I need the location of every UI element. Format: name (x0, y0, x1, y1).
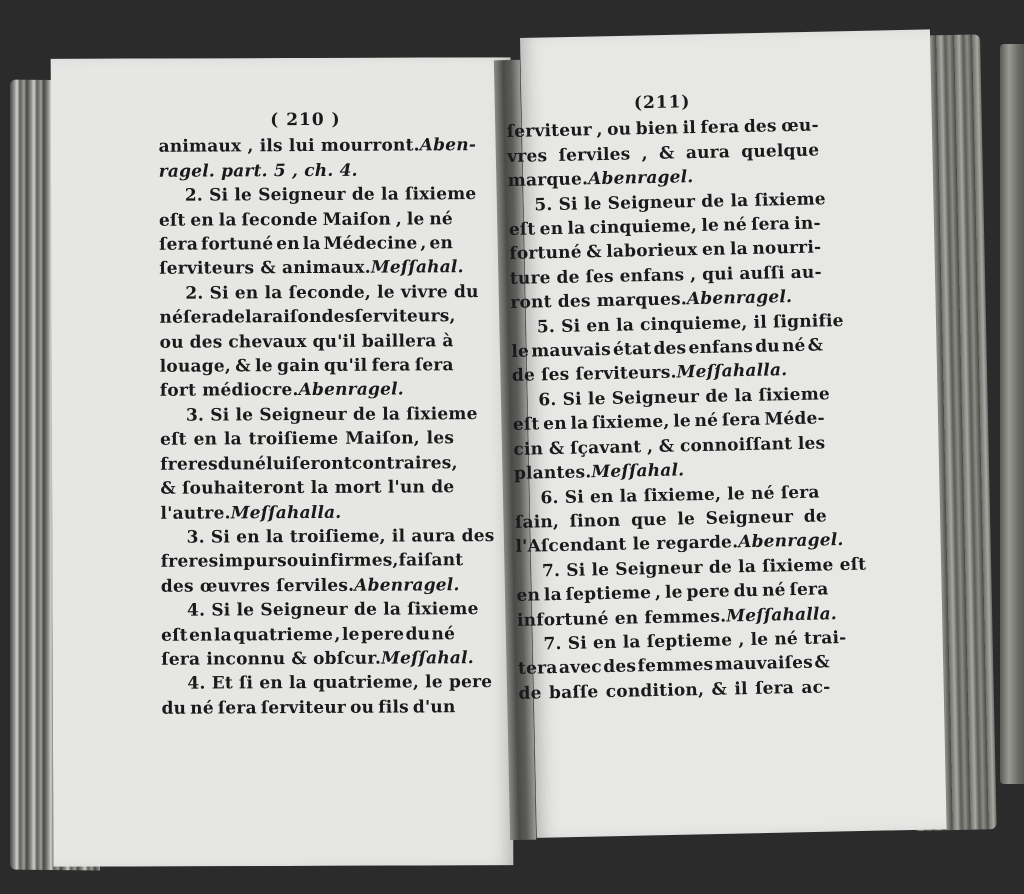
word: en (543, 412, 567, 437)
word: en (539, 217, 563, 242)
citation-author: Meſſahal. (381, 646, 474, 671)
word: d'un (413, 695, 456, 720)
line-text: de ſes ſerviteurs. (512, 361, 677, 389)
citation-author: Abenragel. (354, 573, 459, 598)
word: auſſi (739, 261, 785, 286)
word: tera (518, 656, 558, 681)
word: enfans (619, 263, 684, 289)
word: le (342, 622, 360, 646)
citation-author: Abenragel. (299, 378, 404, 403)
line-text: 4. Si le Seigneur de la ſixieme (187, 597, 479, 623)
word: en (429, 231, 453, 256)
text-line: eſtenlatroiſiemeMaiſon,les (160, 427, 454, 453)
text-line: ragel. part. 5 , ch. 4. (159, 158, 453, 184)
word: & (807, 333, 823, 358)
text-line: 3. Si le Seigneur de la ſixieme (160, 402, 454, 428)
word: en (193, 428, 217, 453)
word: né (429, 207, 453, 232)
word: contraires (352, 451, 452, 476)
word: né (190, 696, 214, 721)
word: né (762, 578, 786, 603)
word: fortuné (201, 232, 274, 257)
word: in- (794, 211, 821, 236)
word: pere (686, 580, 730, 605)
word: la (544, 583, 562, 608)
citation-author: Abenragel. (687, 285, 793, 312)
word: Méde- (764, 407, 825, 433)
line-text: plantes. (514, 460, 592, 486)
word: la (224, 428, 242, 452)
word: le (673, 409, 691, 434)
word: lui (266, 452, 292, 477)
word: faiſant (399, 548, 464, 573)
word: fortuné (509, 241, 582, 267)
word: & (711, 677, 727, 702)
text-line: néſeradelaraiſondesſerviteurs, (159, 304, 453, 330)
word: le (665, 581, 683, 606)
word: ſerviteur (261, 696, 346, 721)
word: les (798, 431, 826, 456)
word: le (677, 507, 695, 532)
text-line: &ſouhaiterontlamortl'unde (160, 475, 454, 501)
citation-author: ragel. part. 5 , ch. 4. (159, 159, 358, 184)
word: du (161, 696, 186, 721)
word: du (405, 622, 430, 647)
word: ſeront (292, 451, 352, 476)
word: en (702, 238, 726, 263)
word: la (303, 232, 321, 256)
line-text: marque. (508, 168, 589, 194)
word: ſinon (569, 509, 620, 534)
word: du (733, 579, 758, 604)
text-line: eſtenlaſecondeMaiſon,lené (159, 207, 453, 233)
citation-author: Meſſahal. (371, 256, 464, 281)
word: ou (160, 330, 184, 355)
word: & (235, 354, 251, 378)
word: né (694, 409, 718, 434)
text-line: louage,&legainqu'ilferaſera (160, 353, 454, 379)
word: état (613, 337, 652, 362)
line-text: animaux , ils lui mourront. (159, 134, 420, 160)
citation-author: Aben- (420, 134, 476, 159)
word: ſera (218, 696, 257, 721)
word: ſeptieme (565, 581, 651, 607)
word: ſera (159, 233, 198, 258)
word: qu'il (324, 354, 368, 379)
word: & (549, 437, 565, 462)
word: en (189, 623, 213, 648)
word: il (682, 116, 696, 141)
word: & (659, 434, 675, 459)
right-page-text: (211) ſerviteur,oubienilferadesœu-vresſe… (506, 87, 831, 706)
word: Maiſon (323, 207, 392, 232)
right-page-lines: ſerviteur,oubienilferadesœu-vresſerviles… (507, 114, 831, 706)
line-text: 2. Si le Seigneur de la ſixieme (185, 182, 477, 208)
text-line: l'autre. Meſſahalla. (160, 500, 454, 526)
word: , (334, 622, 340, 646)
word: ac- (801, 675, 831, 700)
word: condition, (606, 678, 705, 704)
word: ſeconde (241, 208, 317, 233)
word: de (804, 504, 828, 529)
word: il (734, 677, 748, 702)
word: en (276, 232, 300, 257)
word: Médecine (323, 231, 417, 256)
word: enfans (688, 335, 753, 361)
citation-author: Meſſahalla. (726, 602, 837, 629)
text-line: 2. Si le Seigneur de la ſixieme (159, 182, 453, 208)
word: ſera (751, 212, 790, 237)
word: eſt (513, 413, 540, 438)
word: nourri- (752, 236, 821, 262)
word: mauvaiſes (714, 651, 813, 677)
word: eſt (509, 217, 536, 242)
text-line: 3. Si en la troiſieme, il aura des (161, 524, 455, 550)
text-line: ſera inconnu & obſcur. Meſſahal. (161, 646, 455, 672)
word: ou (607, 118, 632, 143)
word: cin (513, 437, 543, 462)
word: connoiſſant (680, 432, 793, 459)
word: l'un (388, 475, 425, 500)
word: ſerviteur (507, 119, 593, 145)
word: & (160, 477, 176, 501)
text-line: freresdunéluiſerontcontraires, (160, 451, 454, 477)
word: gain (277, 354, 320, 379)
citation-author: Meſſahalla. (676, 359, 787, 386)
line-text: 3. Si le Seigneur de la ſixieme (186, 402, 478, 428)
word: fils (378, 695, 409, 720)
line-text: ſerviteurs & animaux. (159, 256, 371, 282)
word: que (631, 508, 667, 533)
text-line: oudeschevauxqu'ilbailleraà (160, 329, 454, 355)
word: fera (372, 354, 411, 379)
text-line: ſerviteurs & animaux. Meſſahal. (159, 256, 453, 282)
word: ſera (722, 408, 761, 433)
text-line: 2. Si en la ſeconde, le vivre du (159, 280, 453, 306)
word: la (214, 623, 232, 647)
word: quatrieme (233, 622, 333, 647)
word: né (431, 622, 455, 647)
citation-author: Meſſahal. (591, 458, 684, 484)
word: , (690, 263, 697, 288)
word: ou (350, 695, 374, 720)
word: en (516, 584, 540, 609)
citation-author: Abenragel. (738, 528, 844, 555)
text-line: fort médiocre. Abenragel. (160, 378, 454, 404)
word: quelque (741, 138, 819, 164)
word: , (647, 435, 654, 460)
word: Maiſon, (345, 427, 420, 452)
word: , (641, 142, 648, 167)
word: au- (790, 260, 822, 285)
word: des (190, 330, 223, 355)
text-line: ſerafortunéenlaMédecine,en (159, 231, 453, 257)
word: , (655, 581, 662, 606)
word: qui (702, 262, 734, 287)
word: des (653, 336, 686, 361)
text-line: 4. Et ſi en la quatrieme, le pere (161, 671, 455, 697)
line-text: ſera inconnu & obſcur. (161, 647, 381, 673)
word: à (442, 329, 453, 353)
word: Seigneur (705, 505, 793, 531)
page-number: ( 210 ) (158, 107, 452, 133)
text-line: eſtenlaquatrieme,lepereduné (161, 622, 455, 648)
word: la (567, 216, 585, 241)
word: bien (636, 117, 679, 142)
citation-author: Abenragel. (588, 165, 694, 192)
citation-author: Meſſahalla. (231, 500, 342, 525)
word: freres (160, 452, 218, 477)
adjacent-book-edge (1000, 44, 1024, 784)
text-line: des œuvres ſerviles. Abenragel. (161, 573, 455, 599)
word: la (570, 412, 588, 437)
word: des (322, 305, 355, 330)
word: des (744, 115, 777, 140)
text-line: freresimpursouinfirmes,faiſant (161, 549, 455, 575)
word: ſera (755, 676, 794, 701)
word: baillera (362, 329, 437, 354)
word: troiſieme (249, 427, 339, 452)
word: en (190, 208, 214, 233)
word: , (596, 118, 603, 143)
word: chevaux (228, 330, 306, 355)
word: laborieux (606, 238, 698, 264)
word: , (420, 231, 426, 255)
word: louage, (160, 354, 231, 379)
word: né (723, 213, 747, 238)
word: ſouhaiteront (182, 476, 305, 501)
word: des (603, 655, 636, 680)
word: vres (507, 144, 548, 169)
word: baſſe (549, 680, 599, 705)
word: le (407, 207, 425, 231)
word: ſixieme, (592, 410, 670, 436)
word: , (396, 207, 402, 231)
word: eſt (159, 208, 186, 233)
line-text: l'autre. (160, 501, 230, 526)
line-text: 2. Si en la ſeconde, le vivre du (185, 280, 478, 306)
word: la (219, 208, 237, 232)
line-text: des œuvres ſerviles. (161, 573, 354, 598)
word: de (431, 475, 454, 500)
word: de (222, 306, 245, 331)
word: ſera (415, 353, 454, 378)
line-text: 3. Si en la troiſieme, il aura des (187, 524, 495, 550)
word: avec (559, 655, 602, 680)
word: , (451, 451, 457, 475)
word: ture (510, 266, 551, 291)
word: les (427, 427, 455, 452)
line-text: fort médiocre. (160, 379, 299, 404)
word: & (586, 240, 602, 265)
word: né (242, 452, 266, 477)
word: pere (361, 622, 404, 647)
word: la (730, 237, 748, 262)
text-line: dunéſeraſerviteuroufilsd'un (161, 695, 455, 721)
word: femmes (637, 653, 713, 679)
word: mauvais (531, 338, 611, 364)
word: de (556, 265, 580, 290)
word: qu'il (312, 329, 356, 354)
word: ſerviteurs, (354, 304, 455, 329)
word: le (255, 354, 273, 378)
word: aura (686, 140, 731, 165)
word: raiſon (263, 305, 322, 330)
left-page-lines: animaux , ils lui mourront. Aben-ragel. … (159, 134, 456, 721)
word: de (518, 681, 542, 706)
word: œu- (781, 114, 819, 139)
word: la (245, 305, 263, 329)
word: le (511, 340, 529, 365)
word: & (659, 141, 675, 166)
word: ou (287, 549, 311, 574)
word: freres (161, 550, 219, 575)
word: la (311, 476, 329, 500)
word: né (159, 306, 183, 331)
book-photo: ( 210 ) animaux , ils lui mourront. Aben… (0, 0, 1024, 894)
word: mort (335, 476, 382, 501)
word: infirmes (311, 549, 393, 574)
word: cinquieme, (589, 214, 697, 241)
word: eſt (161, 623, 188, 648)
left-page-text: ( 210 ) animaux , ils lui mourront. Aben… (158, 107, 455, 721)
word: ſera (183, 306, 222, 331)
word: ſçavant (570, 435, 642, 461)
line-text: 4. Et ſi en la quatrieme, le pere (187, 670, 492, 696)
text-line: animaux , ils lui mourront. Aben- (159, 134, 453, 160)
page-number: (211) (506, 87, 818, 118)
word: impurs (218, 549, 287, 574)
text-line: 4. Si le Seigneur de la ſixieme (161, 597, 455, 623)
word: né (782, 334, 806, 359)
word: eſt (160, 428, 187, 453)
word: ſes (585, 265, 614, 290)
word: fera (700, 116, 739, 141)
word: & (814, 651, 830, 676)
word: ſera (789, 577, 828, 602)
word: ſain, (515, 510, 560, 535)
word: du (755, 334, 780, 359)
word: du (218, 452, 243, 477)
word: ſerviles (558, 142, 630, 168)
word: le (701, 214, 719, 239)
line-text: ront des marques. (510, 288, 687, 316)
